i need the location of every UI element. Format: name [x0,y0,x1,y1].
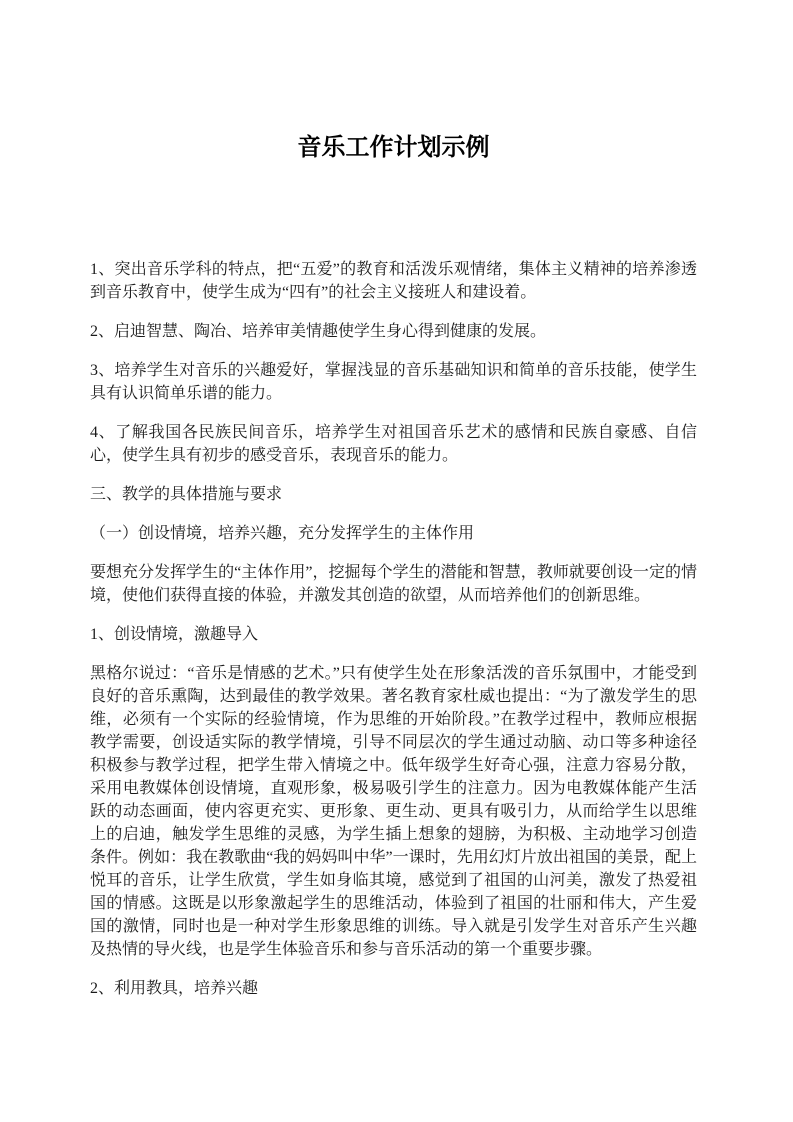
item-heading-create-context-intro: 1、创设情境，激趣导入 [90,623,697,646]
paragraph-subject-role: 要想充分发挥学生的“主体作用”，挖掘每个学生的潜能和智慧，教师就要创设一定的情境… [90,561,697,607]
paragraph-goal-4: 4、了解我国各民族民间音乐，培养学生对祖国音乐艺术的感情和民族自豪感、自信心，使… [90,421,697,467]
subsection-heading-create-context: （一）创设情境，培养兴趣，充分发挥学生的主体作用 [90,522,697,545]
paragraph-hegel-quote-body: 黑格尔说过：“音乐是情感的艺术。”只有使学生处在形象活泼的音乐氛围中，才能受到良… [90,662,697,961]
paragraph-goal-1: 1、突出音乐学科的特点，把“五爱”的教育和活泼乐观情绪，集体主义精神的培养渗透到… [90,258,697,304]
document-title: 音乐工作计划示例 [90,136,697,160]
item-heading-use-teaching-aids: 2、利用教具，培养兴趣 [90,977,697,1000]
paragraph-goal-3: 3、培养学生对音乐的兴趣爱好，掌握浅显的音乐基础知识和简单的音乐技能，使学生具有… [90,359,697,405]
section-heading-measures: 三、教学的具体措施与要求 [90,483,697,506]
document-page: 音乐工作计划示例 1、突出音乐学科的特点，把“五爱”的教育和活泼乐观情绪，集体主… [0,0,793,1122]
paragraph-goal-2: 2、启迪智慧、陶冶、培养审美情趣使学生身心得到健康的发展。 [90,320,697,343]
